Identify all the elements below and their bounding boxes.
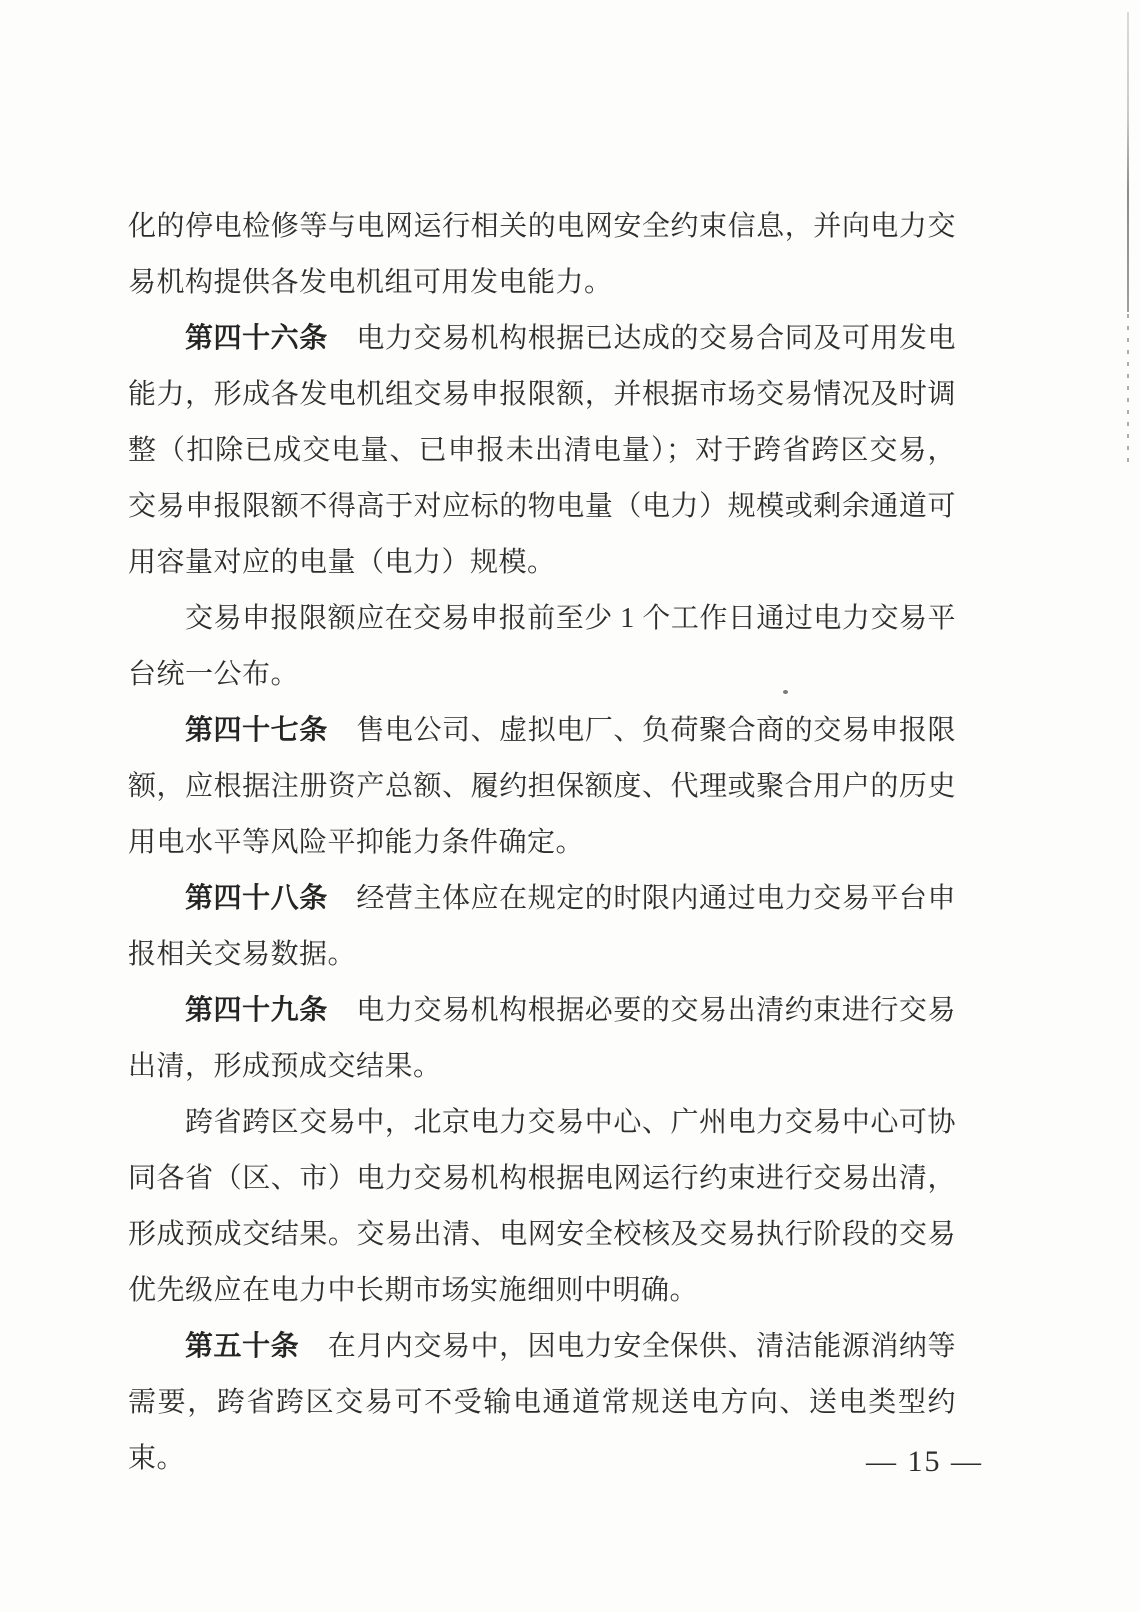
- text-line: 交易申报限额不得高于对应标的物电量（电力）规模或剩余通道可: [128, 479, 956, 535]
- text-line: 额，应根据注册资产总额、履约担保额度、代理或聚合用户的历史: [128, 759, 956, 815]
- text-line: 跨省跨区交易中，北京电力交易中心、广州电力交易中心可协: [128, 1095, 956, 1151]
- paragraph-article-47: 第四十七条 售电公司、虚拟电厂、负荷聚合商的交易申报限额，应根据注册资产总额、履…: [128, 703, 956, 871]
- scan-artifact-vertical-line: [1127, 12, 1129, 312]
- text-line: 易机构提供各发电机组可用发电能力。: [128, 255, 956, 311]
- text-line: 台统一公布。: [128, 647, 956, 703]
- text-line: 用电水平等风险平抑能力条件确定。: [128, 815, 956, 871]
- page-number: — 15 —: [866, 1444, 983, 1480]
- scan-artifact-dashed-line: [1127, 314, 1129, 464]
- scanned-document-page: 化的停电检修等与电网运行相关的电网安全约束信息，并向电力交易机构提供各发电机组可…: [0, 0, 1140, 1612]
- paragraph-declaration-limit-publication: 交易申报限额应在交易申报前至少 1 个工作日通过电力交易平台统一公布。: [128, 591, 956, 703]
- text-line: 化的停电检修等与电网运行相关的电网安全约束信息，并向电力交: [128, 199, 956, 255]
- article-number: 第四十九条: [185, 995, 328, 1026]
- paragraph-article-50: 第五十条 在月内交易中，因电力安全保供、清洁能源消纳等需要，跨省跨区交易可不受输…: [128, 1319, 956, 1431]
- text-line: 优先级应在电力中长期市场实施细则中明确。: [128, 1263, 956, 1319]
- text-line: 第四十七条 售电公司、虚拟电厂、负荷聚合商的交易申报限: [128, 703, 956, 759]
- text-line: 第四十六条 电力交易机构根据已达成的交易合同及可用发电: [128, 311, 956, 367]
- text-line: 需要，跨省跨区交易可不受输电通道常规送电方向、送电类型约束。: [128, 1375, 956, 1431]
- paragraph-article-48: 第四十八条 经营主体应在规定的时限内通过电力交易平台申报相关交易数据。: [128, 871, 956, 983]
- text-line: 第四十九条 电力交易机构根据必要的交易出清约束进行交易: [128, 983, 956, 1039]
- text-line: 报相关交易数据。: [128, 927, 956, 983]
- document-body: 化的停电检修等与电网运行相关的电网安全约束信息，并向电力交易机构提供各发电机组可…: [128, 199, 956, 1431]
- text-line: 第五十条 在月内交易中，因电力安全保供、清洁能源消纳等: [128, 1319, 956, 1375]
- article-number: 第四十八条: [185, 883, 328, 914]
- text-line: 整（扣除已成交电量、已申报未出清电量）；对于跨省跨区交易，: [128, 423, 956, 479]
- text-line: 能力，形成各发电机组交易申报限额，并根据市场交易情况及时调: [128, 367, 956, 423]
- paragraph-article-46: 第四十六条 电力交易机构根据已达成的交易合同及可用发电能力，形成各发电机组交易申…: [128, 311, 956, 591]
- article-number: 第四十七条: [185, 715, 328, 746]
- text-line: 第四十八条 经营主体应在规定的时限内通过电力交易平台申: [128, 871, 956, 927]
- text-line: 交易申报限额应在交易申报前至少 1 个工作日通过电力交易平: [128, 591, 956, 647]
- paragraph-cross-province-clearing: 跨省跨区交易中，北京电力交易中心、广州电力交易中心可协同各省（区、市）电力交易机…: [128, 1095, 956, 1319]
- text-line: 出清，形成预成交结果。: [128, 1039, 956, 1095]
- paragraph-article-49: 第四十九条 电力交易机构根据必要的交易出清约束进行交易出清，形成预成交结果。: [128, 983, 956, 1095]
- article-number: 第四十六条: [185, 323, 328, 354]
- text-line: 同各省（区、市）电力交易机构根据电网运行约束进行交易出清，: [128, 1151, 956, 1207]
- text-line: 用容量对应的电量（电力）规模。: [128, 535, 956, 591]
- article-number: 第五十条: [185, 1331, 299, 1362]
- paragraph-continuation: 化的停电检修等与电网运行相关的电网安全约束信息，并向电力交易机构提供各发电机组可…: [128, 199, 956, 311]
- scan-artifact-dot: [783, 690, 788, 694]
- text-line: 形成预成交结果。交易出清、电网安全校核及交易执行阶段的交易: [128, 1207, 956, 1263]
